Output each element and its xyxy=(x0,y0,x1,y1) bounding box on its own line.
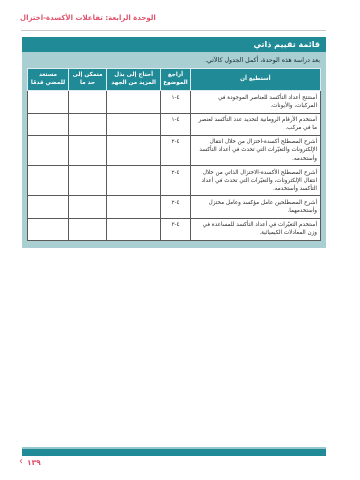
answer-cell-ready-to-proceed[interactable] xyxy=(28,196,69,218)
table-row: أستخدم التغيّرات في أعداد التأكسد للمساع… xyxy=(28,218,321,240)
topic-reference-cell: ٤-٣ xyxy=(161,218,190,240)
statement-cell: أستخدم التغيّرات في أعداد التأكسد للمساع… xyxy=(190,218,320,240)
answer-cell-somewhat-able[interactable] xyxy=(69,196,107,218)
answer-cell-somewhat-able[interactable] xyxy=(69,218,107,240)
answer-cell-somewhat-able[interactable] xyxy=(69,113,107,135)
topic-reference-cell: ٤-٢ xyxy=(161,135,190,165)
table-header-row: أستطيع أن أراجع الموضوع أحتاج إلى بذل ال… xyxy=(28,69,321,91)
topic-reference-cell: ٤-١ xyxy=(161,113,190,135)
answer-cell-somewhat-able[interactable] xyxy=(69,166,107,196)
answer-cell-somewhat-able[interactable] xyxy=(69,91,107,113)
column-header-review-topic: أراجع الموضوع xyxy=(161,69,190,91)
answer-cell-need-more-effort[interactable] xyxy=(107,91,161,113)
answer-cell-ready-to-proceed[interactable] xyxy=(28,113,69,135)
table-row: أشرح المصطلح الأكسدة-الاختزال الذاتي من … xyxy=(28,166,321,196)
answer-cell-need-more-effort[interactable] xyxy=(107,135,161,165)
table-body: أستنتج أعداد التأكسد للعناصر الموجودة في… xyxy=(28,91,321,241)
running-head-unit-title: الوحدة الرابعة: تفاعلات الأكسدة-اختزال xyxy=(20,14,156,22)
column-header-somewhat-able: متمكن إلى حد ما xyxy=(69,69,107,91)
header-divider xyxy=(21,30,326,31)
answer-cell-need-more-effort[interactable] xyxy=(107,166,161,196)
answer-cell-need-more-effort[interactable] xyxy=(107,113,161,135)
page-number-area: ‹ ١٣٩ xyxy=(19,457,41,467)
answer-cell-ready-to-proceed[interactable] xyxy=(28,135,69,165)
table-row: أشرح المصطلح أكسدة-اختزال من خلال انتقال… xyxy=(28,135,321,165)
self-assessment-table: أستطيع أن أراجع الموضوع أحتاج إلى بذل ال… xyxy=(27,68,321,241)
chevron-left-icon: ‹ xyxy=(19,457,23,467)
answer-cell-ready-to-proceed[interactable] xyxy=(28,218,69,240)
statement-cell: أشرح المصطلح أكسدة-اختزال من خلال انتقال… xyxy=(190,135,320,165)
statement-cell: أشرح المصطلحين عامل مؤكسد وعامل مختزل وأ… xyxy=(190,196,320,218)
page-number: ١٣٩ xyxy=(27,458,41,467)
self-assessment-panel: قائمة تقييم ذاتي بعد دراسة هذه الوحدة، أ… xyxy=(22,37,326,248)
statement-cell: أستخدم الأرقام الرومانية لتحديد عدد التأ… xyxy=(190,113,320,135)
column-header-ready-to-proceed: مستعد للمضي قدمًا xyxy=(28,69,69,91)
table-row: أستخدم الأرقام الرومانية لتحديد عدد التأ… xyxy=(28,113,321,135)
answer-cell-ready-to-proceed[interactable] xyxy=(28,166,69,196)
table-row: أستنتج أعداد التأكسد للعناصر الموجودة في… xyxy=(28,91,321,113)
panel-body: بعد دراسة هذه الوحدة، أكمل الجدول كالآتي… xyxy=(22,52,326,248)
topic-reference-cell: ٤-٢ xyxy=(161,166,190,196)
column-header-need-more-effort: أحتاج إلى بذل المزيد من الجهد xyxy=(107,69,161,91)
answer-cell-need-more-effort[interactable] xyxy=(107,218,161,240)
answer-cell-ready-to-proceed[interactable] xyxy=(28,91,69,113)
answer-cell-somewhat-able[interactable] xyxy=(69,135,107,165)
column-header-i-can: أستطيع أن xyxy=(190,69,320,91)
section-title: قائمة تقييم ذاتي xyxy=(22,37,326,52)
topic-reference-cell: ٤-١ xyxy=(161,91,190,113)
topic-reference-cell: ٤-٢ xyxy=(161,196,190,218)
answer-cell-need-more-effort[interactable] xyxy=(107,196,161,218)
textbook-page: الوحدة الرابعة: تفاعلات الأكسدة-اختزال ق… xyxy=(0,0,360,480)
statement-cell: أستنتج أعداد التأكسد للعناصر الموجودة في… xyxy=(190,91,320,113)
intro-text: بعد دراسة هذه الوحدة، أكمل الجدول كالآتي… xyxy=(28,57,320,64)
footer-bar xyxy=(22,447,326,456)
statement-cell: أشرح المصطلح الأكسدة-الاختزال الذاتي من … xyxy=(190,166,320,196)
table-row: أشرح المصطلحين عامل مؤكسد وعامل مختزل وأ… xyxy=(28,196,321,218)
